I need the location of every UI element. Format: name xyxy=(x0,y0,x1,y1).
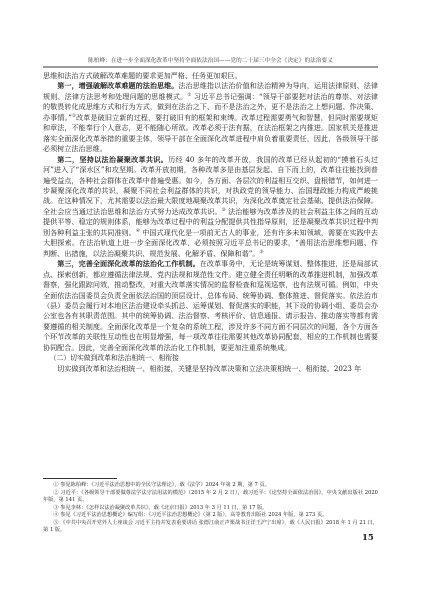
paragraph-text: 改革是破旧立新的过程，要打破旧有的框架和束缚。改革过程需要勇气和智慧，但同时需要… xyxy=(43,113,378,153)
paragraph-third-point: 第三，完善全面深化改革的法治化工作机制。在改革事务中，无论是统筹谋划、整体推进，… xyxy=(43,259,378,353)
page-number: 15 xyxy=(362,533,374,543)
point-heading: 第一，增强破解改革难题的法治思维。 xyxy=(57,81,178,90)
running-head: 陈柏峰：在进一步全面深化改革中坚持全面依法治国——党的二十届三中全会《决定》的法… xyxy=(43,56,378,64)
paragraph-second-point: 第二，坚持以法治凝聚改革共识。历经 40 多年的改革开放，我国的改革已经从起初的… xyxy=(43,155,378,260)
footnote-5: ⑤ 《中共中央召开党外人士座谈会 习近平主持并发表重要讲话 张德江俞正声栗战书汪… xyxy=(43,520,378,535)
paragraph-continuation: 思维和法治方式破解改革难题的要求更加严格、任务更加艰巨。 xyxy=(43,71,378,81)
article-body: 思维和法治方式破解改革难题的要求更加严格、任务更加艰巨。 第一，增强破解改革难题… xyxy=(43,71,378,374)
point-heading: 第二，坚持以法治凝聚改革共识。 xyxy=(57,155,168,164)
paragraph-first-point: 第一，增强破解改革难题的法治思维。法治思维指以法治价值和法治精神为导向，运用法律… xyxy=(43,81,378,154)
footnote-text: 《中共中央召开党外人士座谈会 习近平主持并发表重要讲话 张德江俞正声栗战书汪洋王… xyxy=(43,520,378,534)
footnote-text: 参见李林：《怎样以法治凝聚改革共识》，载《北京日报》2013 年 3 月 11 … xyxy=(59,505,268,511)
footnote-ref-5[interactable]: ⑤ xyxy=(259,250,263,255)
point-heading: 第三，完善全面深化改革的法治化工作机制。 xyxy=(57,259,200,268)
paragraph-text: 在改革事务中，无论是统筹谋划、整体推进，还是局部试点、探索创新，都应遵循法律法规… xyxy=(43,259,378,352)
section-subheading: （二）切实做到改革和法治相统一、相衔接 xyxy=(43,353,378,363)
footnote-text: 参见《习近平法治思想概论》编写组：《习近平法治思想概论》（第 2 版），高等教育… xyxy=(59,512,328,518)
footnote-text: 习近平：《各级领导干部要做尊法学法守法用法的模范》（2015 年 2 月 2 日… xyxy=(43,490,378,504)
footnotes: ① 参见陈柏峰：《习近平法治思想中的全民守法理论》，载《法学》2024 年第 2… xyxy=(43,482,378,535)
header-rule xyxy=(43,66,378,68)
footnote-1: ① 参见陈柏峰：《习近平法治思想中的全民守法理论》，载《法学》2024 年第 2… xyxy=(43,482,378,490)
paragraph-section-start: 切实做到改革和法治相统一、相衔接，关键是坚持改革决策和立法决策相统一、相衔接。2… xyxy=(43,364,378,374)
footnote-4: ④ 参见《习近平法治思想概论》编写组：《习近平法治思想概论》（第 2 版），高等… xyxy=(43,512,378,520)
footnote-rule xyxy=(43,478,117,479)
footnote-2: ② 习近平：《各级领导干部要做尊法学法守法用法的模范》（2015 年 2 月 2… xyxy=(43,490,378,505)
footnote-text: 参见陈柏峰：《习近平法治思想中的全民守法理论》，载《法学》2024 年第 2 期… xyxy=(59,482,270,488)
paragraph-text: 思维和法治方式破解改革难题的要求更加严格、任务更加艰巨。 xyxy=(43,71,242,80)
